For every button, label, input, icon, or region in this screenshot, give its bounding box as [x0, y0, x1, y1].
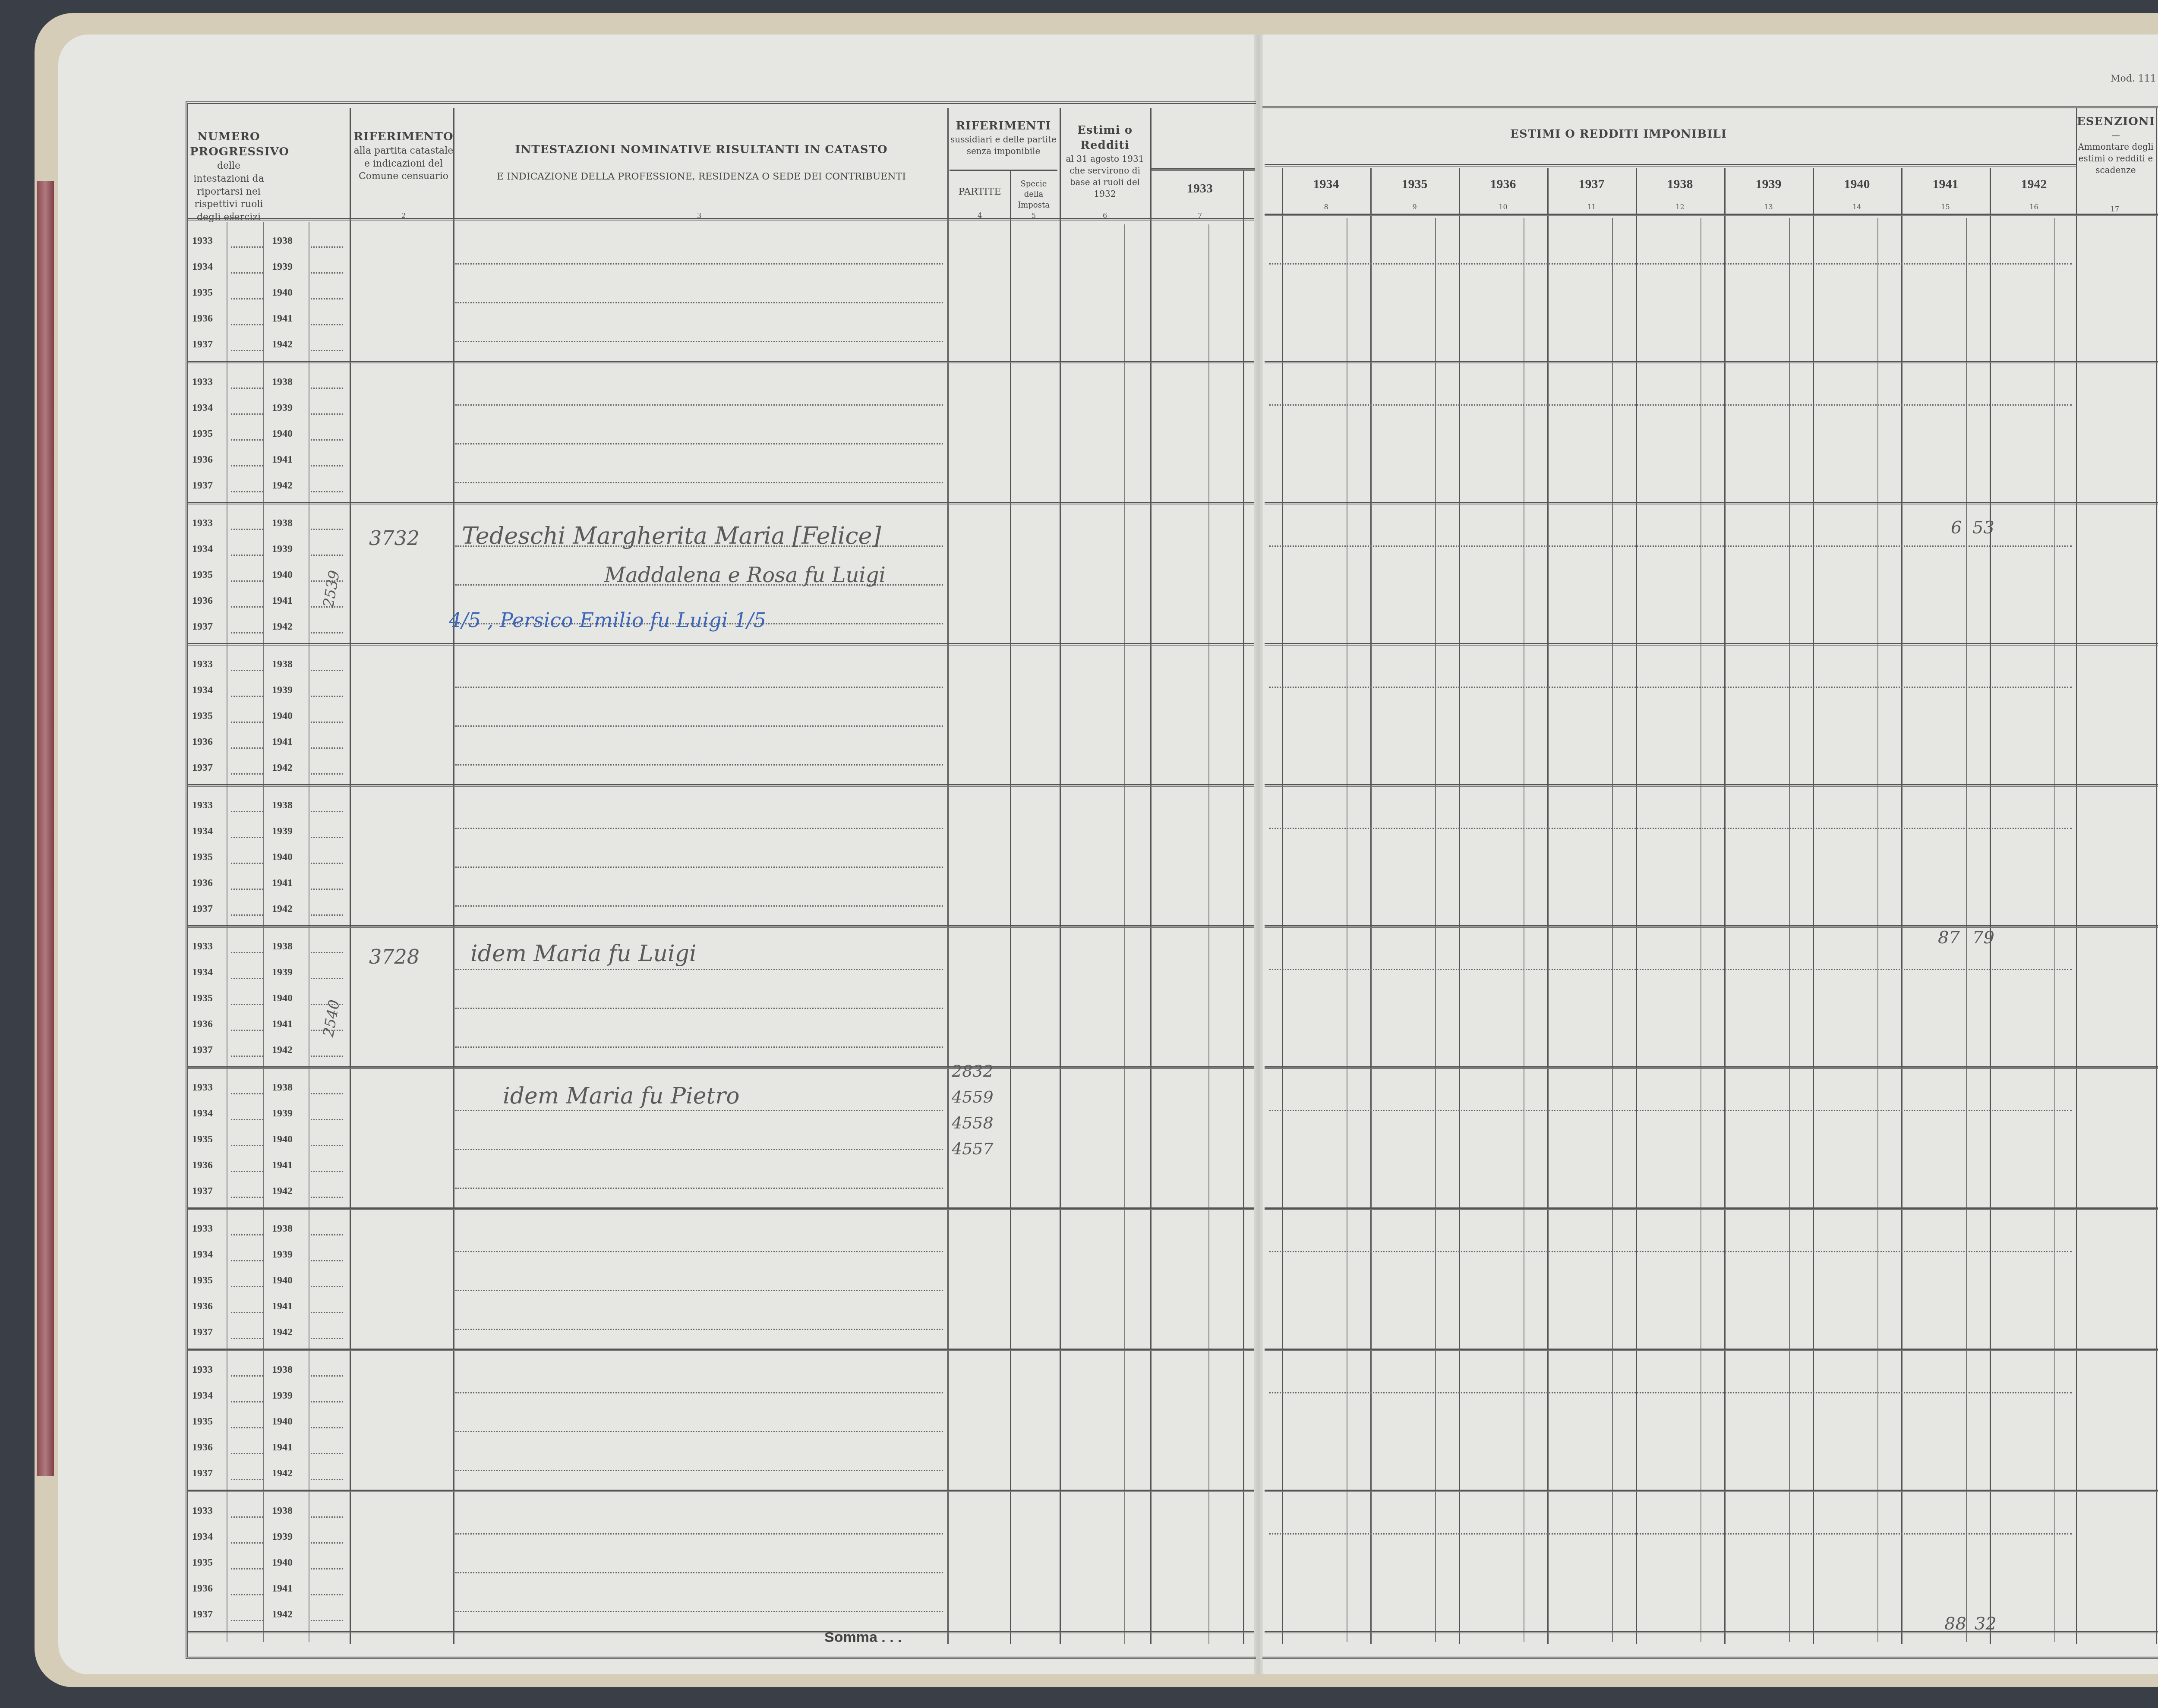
- cents-divider: [1435, 218, 1436, 1642]
- year-fill-line: [231, 350, 263, 351]
- year-header-1940: 1940: [1813, 177, 1901, 192]
- name-rule: [455, 443, 943, 444]
- year-label-right: 1939: [272, 543, 293, 555]
- year-column-divider: [1813, 168, 1814, 1644]
- year-label-right: 1940: [272, 287, 293, 299]
- year-label-right: 1939: [272, 1108, 293, 1119]
- name-rule: [455, 404, 943, 406]
- header-bottom-rule: [188, 218, 1254, 221]
- divider-esenzioni: [2076, 108, 2077, 1644]
- divider-annotazioni: [2156, 108, 2157, 1644]
- col17-number: 17: [2106, 205, 2123, 213]
- year-fill-line: [231, 606, 263, 608]
- year-label-left: 1936: [192, 1583, 213, 1595]
- year-label-left: 1935: [192, 287, 213, 299]
- year-fill-line: [311, 246, 343, 248]
- year-label-left: 1933: [192, 941, 213, 952]
- year-fill-line: [311, 978, 343, 979]
- year-label-left: 1934: [192, 1390, 213, 1402]
- year-fill-line: [231, 1056, 263, 1057]
- name-rule: [455, 263, 943, 265]
- name-rule: [455, 1188, 943, 1189]
- cents-divider: [1966, 218, 1967, 1642]
- year-fill-line: [311, 413, 343, 415]
- year-label-right: 1942: [272, 1468, 293, 1479]
- cents-divider: [1612, 218, 1613, 1642]
- block-separator: [1265, 361, 2158, 363]
- year-fill-line: [311, 773, 343, 775]
- value-rule: [1269, 545, 2072, 547]
- year-label-left: 1933: [192, 517, 213, 529]
- year-label-left: 1935: [192, 993, 213, 1004]
- cents-divider: [1701, 218, 1701, 1642]
- year-fill-line: [311, 1286, 343, 1287]
- divider-col2-col3: [453, 108, 454, 1644]
- year-fill-line: [231, 1338, 263, 1339]
- year-fill-line: [231, 529, 263, 530]
- year-fill-line: [311, 632, 343, 633]
- header-intestazioni: INTESTAZIONI NOMINATIVE RISULTANTI IN CA…: [457, 142, 945, 183]
- value-rule: [1269, 404, 2072, 406]
- year-fill-line: [311, 1427, 343, 1428]
- year-label-right: 1941: [272, 1583, 293, 1595]
- year-label-left: 1937: [192, 1327, 213, 1338]
- year-label-right: 1939: [272, 684, 293, 696]
- entry-annotation-blue: 4/5 , Persico Emilio fu Luigi 1/5: [449, 608, 766, 632]
- year-label-right: 1941: [272, 877, 293, 889]
- year-label-left: 1937: [192, 762, 213, 774]
- year-fill-line: [231, 246, 263, 248]
- col2-title: RIFERIMENTO: [353, 130, 453, 143]
- name-rule: [455, 1008, 943, 1009]
- value-rule: [1269, 1251, 2072, 1252]
- somma-label: Somma . . .: [824, 1629, 902, 1646]
- year-fill-line: [311, 1453, 343, 1454]
- year-fill-line: [311, 1171, 343, 1172]
- year-label-right: 1941: [272, 736, 293, 748]
- year-label-right: 1940: [272, 569, 293, 581]
- year-label-left: 1933: [192, 800, 213, 811]
- year-fill-line: [231, 1260, 263, 1261]
- divider-col7-top: [1152, 168, 1255, 171]
- year-label-right: 1942: [272, 1185, 293, 1197]
- year-header-1942: 1942: [1990, 177, 2078, 192]
- year-label-left: 1933: [192, 659, 213, 670]
- year-header-1937: 1937: [1547, 177, 1636, 192]
- year-fill-line: [231, 413, 263, 415]
- cents-divider: [1789, 218, 1790, 1642]
- year-label-right: 1938: [272, 1223, 293, 1235]
- year-label-left: 1936: [192, 1018, 213, 1030]
- header-1933: 1933: [1152, 181, 1247, 196]
- year-fill-line: [231, 773, 263, 775]
- year-fill-line: [231, 1004, 263, 1005]
- year-fill-line: [311, 1401, 343, 1402]
- year-fill-line: [231, 722, 263, 723]
- divider-year-2: [263, 222, 264, 1642]
- year-fill-line: [231, 1620, 263, 1621]
- entry-name-line1: Tedeschi Margherita Maria [Felice]: [462, 522, 881, 549]
- year-label-left: 1935: [192, 1416, 213, 1428]
- year-label-right: 1938: [272, 517, 293, 529]
- year-label-right: 1940: [272, 1416, 293, 1428]
- year-label-right: 1941: [272, 1018, 293, 1030]
- entry-name-line1: idem Maria fu Luigi: [470, 941, 697, 967]
- year-fill-line: [311, 811, 343, 812]
- year-fill-line: [231, 863, 263, 864]
- year-fill-line: [311, 1145, 343, 1146]
- year-label-right: 1939: [272, 261, 293, 273]
- year-label-right: 1940: [272, 428, 293, 440]
- year-label-left: 1935: [192, 1134, 213, 1145]
- year-header-1938: 1938: [1636, 177, 1724, 192]
- year-fill-line: [311, 272, 343, 274]
- block-separator: [188, 1349, 1254, 1351]
- name-rule: [455, 1392, 943, 1393]
- year-fill-line: [231, 978, 263, 979]
- year-label-left: 1935: [192, 710, 213, 722]
- year-fill-line: [311, 1516, 343, 1518]
- year-fill-line: [231, 439, 263, 441]
- col6-subtitle: al 31 agosto 1931 che servirono di base …: [1066, 154, 1144, 199]
- year-fill-line: [231, 1542, 263, 1544]
- block-separator: [1265, 1490, 2158, 1492]
- year-column-divider: [1724, 168, 1726, 1644]
- year-fill-line: [311, 696, 343, 697]
- year-label-right: 1941: [272, 1301, 293, 1312]
- year-label-left: 1935: [192, 428, 213, 440]
- name-rule: [455, 1110, 943, 1111]
- year-label-right: 1940: [272, 710, 293, 722]
- year-label-left: 1937: [192, 339, 213, 350]
- col2-subtitle: alla partita catastale e indicazioni del…: [354, 145, 454, 182]
- year-fill-line: [231, 1568, 263, 1569]
- year-label-left: 1936: [192, 1160, 213, 1171]
- year-label-left: 1934: [192, 684, 213, 696]
- name-rule: [455, 867, 943, 868]
- header-numero-progressivo: NUMERO PROGRESSIVO delle intestazioni da…: [190, 129, 268, 224]
- col6-title: Estimi o Redditi: [1077, 124, 1133, 152]
- entry-name-line1: idem Maria fu Pietro: [503, 1083, 740, 1109]
- year-label-left: 1934: [192, 967, 213, 978]
- year-fill-line: [311, 491, 343, 492]
- year-fill-line: [311, 1338, 343, 1339]
- year-fill-line: [311, 298, 343, 299]
- right-register-table: [1262, 106, 2158, 1659]
- entry-partita-ref: 3728: [369, 945, 420, 968]
- year-fill-line: [311, 1234, 343, 1235]
- year-label-left: 1936: [192, 454, 213, 466]
- year-fill-line: [311, 1260, 343, 1261]
- subheader-divider: [950, 170, 1057, 171]
- year-label-left: 1937: [192, 480, 213, 492]
- year-label-right: 1941: [272, 1442, 293, 1453]
- year-label-right: 1942: [272, 480, 293, 492]
- year-label-left: 1933: [192, 1505, 213, 1517]
- year-label-left: 1937: [192, 1468, 213, 1479]
- year-fill-line: [231, 1479, 263, 1480]
- year-fill-line: [311, 1093, 343, 1094]
- year-fill-line: [311, 1197, 343, 1198]
- year-fill-line: [311, 1056, 343, 1057]
- year-fill-line: [311, 1119, 343, 1120]
- year-label-right: 1938: [272, 941, 293, 952]
- name-rule: [455, 1290, 943, 1291]
- year-fill-line: [231, 889, 263, 890]
- year-label-left: 1934: [192, 402, 213, 414]
- year-column-number: 10: [1459, 203, 1547, 211]
- year-column-number: 15: [1901, 203, 1990, 211]
- year-label-left: 1934: [192, 261, 213, 273]
- year-fill-line: [231, 747, 263, 749]
- year-label-left: 1933: [192, 235, 213, 247]
- year-fill-line: [311, 1620, 343, 1621]
- year-fill-line: [311, 952, 343, 953]
- name-rule: [455, 1251, 943, 1252]
- year-label-left: 1935: [192, 1275, 213, 1286]
- year-label-right: 1942: [272, 1327, 293, 1338]
- year-label-right: 1942: [272, 1609, 293, 1620]
- header-estimi-1931: Estimi o Redditi al 31 agosto 1931 che s…: [1062, 123, 1148, 200]
- value-rule: [1269, 1110, 2072, 1111]
- block-separator: [1265, 1349, 2158, 1351]
- year-fill-line: [231, 1286, 263, 1287]
- year-label-right: 1940: [272, 1134, 293, 1145]
- year-label-left: 1936: [192, 1442, 213, 1453]
- year-label-right: 1940: [272, 1557, 293, 1569]
- divider-year-dots-2: [309, 222, 309, 1642]
- year-label-right: 1938: [272, 1505, 293, 1517]
- year-column-number: 12: [1636, 203, 1724, 211]
- col3-title: INTESTAZIONI NOMINATIVE RISULTANTI IN CA…: [515, 143, 887, 156]
- year-label-left: 1934: [192, 826, 213, 837]
- header-esenzioni: ESENZIONI— Ammontare degli estimi o redd…: [2077, 114, 2155, 176]
- name-rule: [455, 725, 943, 727]
- block-separator: [188, 1490, 1254, 1492]
- name-rule: [455, 687, 943, 688]
- year-label-left: 1937: [192, 1185, 213, 1197]
- year-label-right: 1940: [272, 993, 293, 1004]
- year-fill-line: [231, 914, 263, 916]
- year-label-right: 1942: [272, 1044, 293, 1056]
- year-fill-line: [311, 914, 343, 916]
- year-fill-line: [231, 1453, 263, 1454]
- year-label-right: 1942: [272, 339, 293, 350]
- year-fill-line: [231, 1234, 263, 1235]
- year-label-left: 1933: [192, 1223, 213, 1235]
- divider-col6-col7: [1150, 108, 1152, 1644]
- name-rule: [455, 1046, 943, 1048]
- year-fill-line: [231, 1171, 263, 1172]
- block-separator: [1265, 643, 2158, 646]
- value-rule: [1269, 969, 2072, 970]
- year-label-right: 1942: [272, 903, 293, 915]
- block-separator: [188, 502, 1254, 504]
- name-rule: [455, 302, 943, 303]
- year-label-left: 1936: [192, 1301, 213, 1312]
- year-fill-line: [311, 837, 343, 838]
- year-header-1934: 1934: [1282, 177, 1370, 192]
- year-column-divider: [1282, 168, 1283, 1644]
- year-label-left: 1933: [192, 1082, 213, 1093]
- name-rule: [455, 1329, 943, 1330]
- year-fill-line: [311, 529, 343, 530]
- year-fill-line: [311, 747, 343, 749]
- year-fill-line: [311, 1568, 343, 1569]
- year-fill-line: [231, 1401, 263, 1402]
- year-label-left: 1935: [192, 1557, 213, 1569]
- year-label-right: 1938: [272, 235, 293, 247]
- entry-partita: 4559: [952, 1087, 994, 1106]
- year-fill-line: [311, 722, 343, 723]
- year-fill-line: [231, 1145, 263, 1146]
- year-column-number: 8: [1282, 203, 1370, 211]
- name-rule: [455, 969, 943, 970]
- year-label-right: 1942: [272, 621, 293, 633]
- year-fill-line: [311, 1594, 343, 1595]
- year-fill-line: [311, 889, 343, 890]
- year-column-number: 14: [1813, 203, 1901, 211]
- divider-col7-right: [1243, 170, 1244, 1644]
- year-label-right: 1939: [272, 402, 293, 414]
- block-separator: [188, 925, 1254, 928]
- entry-partita-ref: 3732: [369, 526, 420, 550]
- name-rule: [455, 828, 943, 829]
- year-label-right: 1938: [272, 659, 293, 670]
- header-riferimenti-sussidiari: RIFERIMENTI sussidiari e delle partite s…: [950, 119, 1057, 157]
- header-specie-imposta: Specie della Imposta: [1012, 179, 1055, 211]
- year-column-number: 13: [1724, 203, 1813, 211]
- year-label-right: 1940: [272, 851, 293, 863]
- year-fill-line: [231, 555, 263, 556]
- year-fill-line: [311, 439, 343, 441]
- year-column-number: 16: [1990, 203, 2078, 211]
- year-fill-line: [231, 388, 263, 389]
- entry-partita: 4558: [952, 1113, 994, 1132]
- right-title: ESTIMI O REDDITI IMPONIBILI: [1510, 128, 1727, 141]
- year-fill-line: [231, 580, 263, 582]
- year-fill-line: [311, 324, 343, 325]
- year-column-number: 11: [1547, 203, 1636, 211]
- divider-col7-cents: [1208, 224, 1209, 1644]
- year-label-left: 1936: [192, 736, 213, 748]
- col45-title: RIFERIMENTI: [956, 120, 1051, 132]
- block-separator: [1265, 784, 2158, 787]
- year-label-left: 1935: [192, 851, 213, 863]
- year-label-left: 1936: [192, 877, 213, 889]
- year-label-right: 1938: [272, 1364, 293, 1376]
- year-label-right: 1940: [272, 1275, 293, 1286]
- year-fill-line: [311, 555, 343, 556]
- year-fill-line: [311, 465, 343, 466]
- year-fill-line: [231, 1030, 263, 1031]
- value-rule: [1269, 1392, 2072, 1393]
- year-label-right: 1942: [272, 762, 293, 774]
- year-fill-line: [231, 1197, 263, 1198]
- cents-divider: [2054, 218, 2055, 1642]
- value-rule: [1269, 828, 2072, 829]
- block-separator: [188, 643, 1254, 646]
- year-label-right: 1939: [272, 967, 293, 978]
- name-rule: [455, 482, 943, 483]
- name-rule: [455, 1533, 943, 1535]
- year-label-right: 1939: [272, 1249, 293, 1261]
- year-fill-line: [231, 1427, 263, 1428]
- form-code: Mod. 111 - Imposte Dirette (Intercalare)…: [2111, 73, 2158, 84]
- year-fill-line: [231, 952, 263, 953]
- year-label-left: 1937: [192, 1609, 213, 1620]
- year-header-1939: 1939: [1724, 177, 1813, 192]
- year-label-left: 1937: [192, 621, 213, 633]
- year-label-right: 1939: [272, 1390, 293, 1402]
- year-fill-line: [231, 1516, 263, 1518]
- year-fill-line: [311, 350, 343, 351]
- entry-partita: 4557: [952, 1139, 994, 1158]
- year-label-left: 1936: [192, 595, 213, 607]
- right-header-rule: [1265, 164, 2076, 167]
- year-fill-line: [231, 272, 263, 274]
- year-label-left: 1935: [192, 569, 213, 581]
- year-fill-line: [231, 1594, 263, 1595]
- year-fill-line: [231, 632, 263, 633]
- year-fill-line: [231, 1312, 263, 1313]
- name-rule: [455, 1149, 943, 1150]
- year-fill-line: [231, 465, 263, 466]
- cents-divider: [1877, 218, 1878, 1642]
- name-rule: [455, 341, 943, 342]
- year-label-left: 1933: [192, 1364, 213, 1376]
- name-rule: [455, 1611, 943, 1612]
- year-label-left: 1936: [192, 313, 213, 325]
- year-fill-line: [311, 863, 343, 864]
- year-label-left: 1934: [192, 543, 213, 555]
- year-fill-line: [231, 696, 263, 697]
- year-label-right: 1939: [272, 826, 293, 837]
- year-fill-line: [231, 837, 263, 838]
- name-rule: [455, 905, 943, 907]
- block-separator: [188, 1631, 1254, 1633]
- block-separator: [188, 1207, 1254, 1210]
- year-fill-line: [231, 1375, 263, 1377]
- year-label-right: 1941: [272, 313, 293, 325]
- year-column-divider: [1459, 168, 1460, 1644]
- year-label-left: 1934: [192, 1531, 213, 1543]
- year-label-left: 1933: [192, 376, 213, 388]
- header-estimi-imponibili: ESTIMI O REDDITI IMPONIBILI: [1424, 125, 1813, 143]
- year-fill-line: [231, 298, 263, 299]
- name-rule: [455, 1431, 943, 1432]
- year-label-left: 1937: [192, 1044, 213, 1056]
- year-fill-line: [311, 670, 343, 671]
- name-rule: [455, 1572, 943, 1573]
- esenzioni-subtitle: Ammontare degli estimi o redditi e scade…: [2078, 142, 2153, 175]
- block-separator: [1265, 1631, 2158, 1633]
- divider-col1-col2: [350, 108, 351, 1644]
- divider-col3-col4: [947, 108, 949, 1644]
- divider-year-dots-1: [227, 222, 227, 1642]
- year-column-divider: [1901, 168, 1902, 1644]
- year-fill-line: [231, 1093, 263, 1094]
- year-fill-line: [231, 324, 263, 325]
- right-header-bottom-rule: [1265, 214, 2158, 216]
- binding-edge-left: [37, 181, 54, 1476]
- divider-col5-col6: [1060, 108, 1061, 1644]
- year-fill-line: [311, 1479, 343, 1480]
- divider-col6-cents: [1124, 224, 1125, 1644]
- col45-subtitle: sussidiari e delle partite senza imponib…: [950, 134, 1057, 156]
- block-separator: [1265, 925, 2158, 928]
- year-fill-line: [311, 1312, 343, 1313]
